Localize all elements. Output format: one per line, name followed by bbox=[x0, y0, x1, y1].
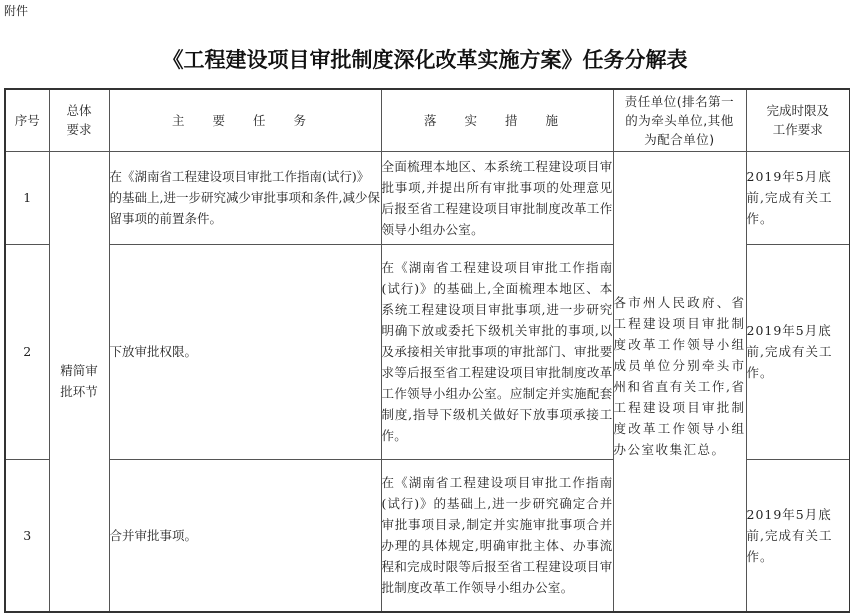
header-row: 序号 总体 要求 主 要 任 务 落 实 措 施 责任单位(排名第一 的为牵头单… bbox=[5, 89, 850, 151]
measures-cell: 在《湖南省工程建设项目审批工作指南(试行)》的基础上,进一步研究确定合并审批事项… bbox=[381, 459, 613, 612]
header-line: 要求 bbox=[50, 120, 109, 139]
header-line: 为配合单位) bbox=[614, 130, 746, 149]
page-title: 《工程建设项目审批制度深化改革实施方案》任务分解表 bbox=[0, 44, 850, 74]
header-line: 工作要求 bbox=[747, 120, 850, 139]
requirement-line: 精简审 bbox=[50, 360, 109, 381]
requirement-line: 批环节 bbox=[50, 381, 109, 402]
responsible-unit-cell: 各市州人民政府、省工程建设项目审批制度改革工作领导小组成员单位分别牵头市州和省直… bbox=[613, 151, 746, 612]
header-label: 落 实 措 施 bbox=[424, 113, 570, 128]
header-deadline: 完成时限及 工作要求 bbox=[746, 89, 850, 151]
measures-cell: 在《湖南省工程建设项目审批工作指南(试行)》的基础上,全面梳理本地区、本系统工程… bbox=[381, 244, 613, 459]
header-line: 总体 bbox=[50, 101, 109, 120]
header-label: 主 要 任 务 bbox=[172, 113, 318, 128]
header-measures: 落 实 措 施 bbox=[381, 89, 613, 151]
table-row: 1 精简审 批环节 在《湖南省工程建设项目审批工作指南(试行)》的基础上,进一步… bbox=[5, 151, 850, 244]
header-main-task: 主 要 任 务 bbox=[109, 89, 381, 151]
header-responsible-unit: 责任单位(排名第一 的为牵头单位,其他 为配合单位) bbox=[613, 89, 746, 151]
deadline-cell: 2019年5月底前,完成有关工作。 bbox=[746, 459, 850, 612]
main-task-cell: 合并审批事项。 bbox=[109, 459, 381, 612]
main-task-cell: 下放审批权限。 bbox=[109, 244, 381, 459]
header-index: 序号 bbox=[5, 89, 49, 151]
main-task-cell: 在《湖南省工程建设项目审批工作指南(试行)》的基础上,进一步研究减少审批事项和条… bbox=[109, 151, 381, 244]
deadline-cell: 2019年5月底前,完成有关工作。 bbox=[746, 151, 850, 244]
header-overall-requirement: 总体 要求 bbox=[49, 89, 109, 151]
row-index: 1 bbox=[5, 151, 49, 244]
header-line: 责任单位(排名第一 bbox=[614, 92, 746, 111]
measures-cell: 全面梳理本地区、本系统工程建设项目审批事项,并提出所有审批事项的处理意见后报至省… bbox=[381, 151, 613, 244]
overall-requirement-cell: 精简审 批环节 bbox=[49, 151, 109, 612]
deadline-cell: 2019年5月底前,完成有关工作。 bbox=[746, 244, 850, 459]
row-index: 2 bbox=[5, 244, 49, 459]
header-line: 的为牵头单位,其他 bbox=[614, 111, 746, 130]
header-line: 完成时限及 bbox=[747, 101, 850, 120]
row-index: 3 bbox=[5, 459, 49, 612]
task-breakdown-table: 序号 总体 要求 主 要 任 务 落 实 措 施 责任单位(排名第一 的为牵头单… bbox=[4, 88, 850, 613]
attachment-label: 附件 bbox=[4, 2, 28, 19]
